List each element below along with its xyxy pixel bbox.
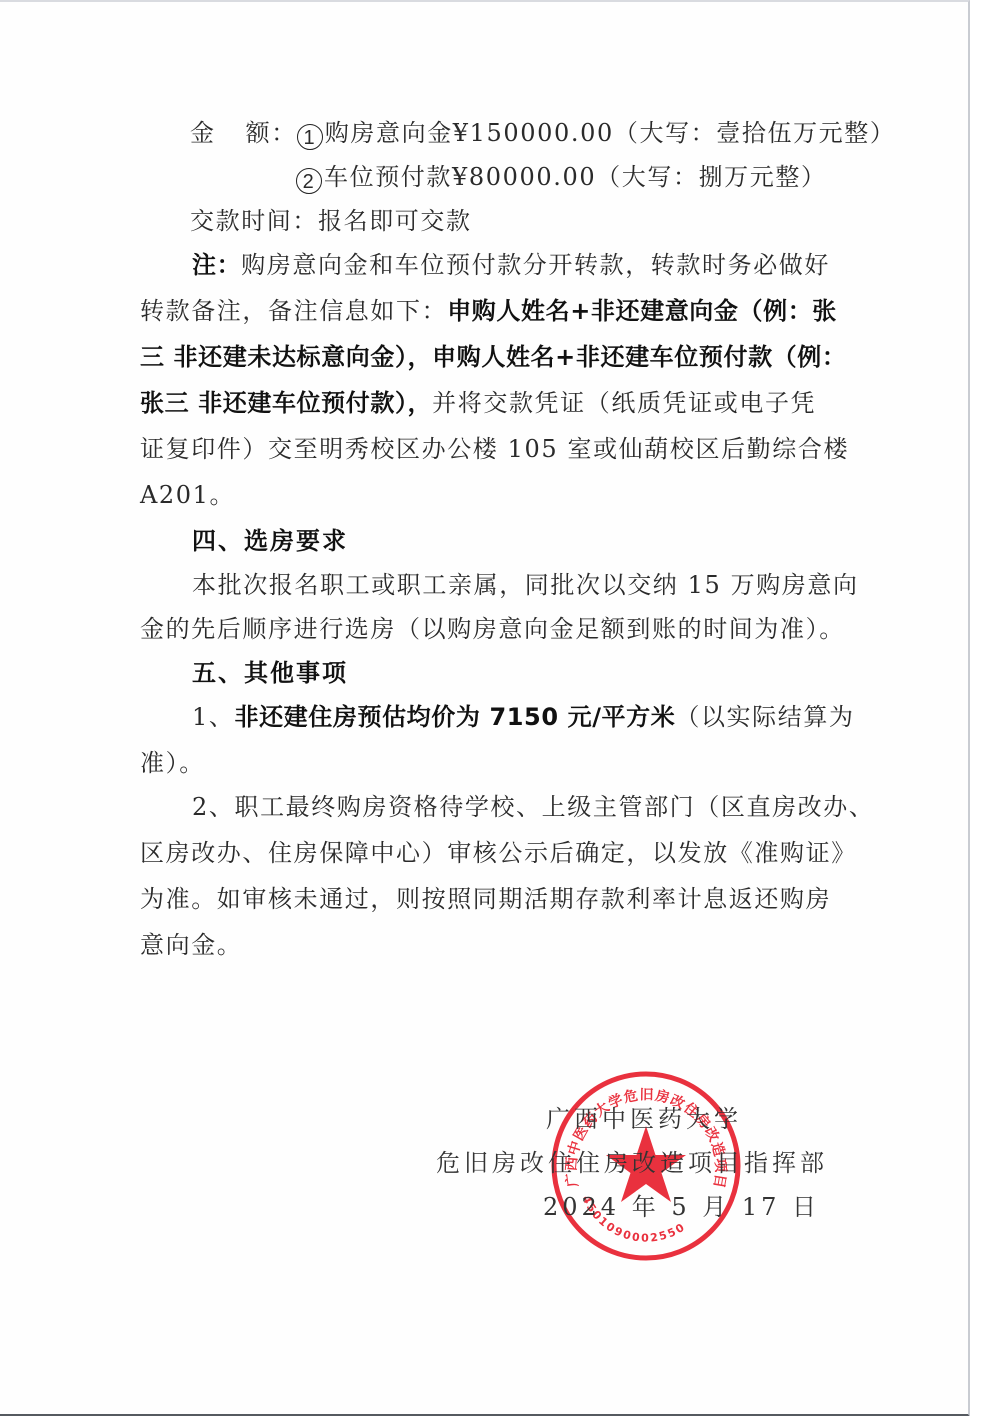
section-5-item-2-line-2: 区房改办、住房保障中心）审核公示后确定，以发放《准购证》 (140, 838, 870, 868)
payment-time: 交款时间：报名即可交款 (190, 206, 920, 236)
note-text: 并将交款凭证（纸质凭证或电子凭 (432, 389, 816, 417)
note-line-3: 三 非还建未达标意向金），申购人姓名+非还建车位预付款（例： (140, 342, 870, 372)
circled-number-2: 2 (296, 168, 322, 194)
section-4-line-2: 金的先后顺序进行选房（以购房意向金足额到账的时间为准）。 (140, 614, 870, 644)
amount-label-1: 金 (190, 119, 216, 147)
note-text: 购房意向金和车位预付款分开转款，转款时务必做好 (241, 251, 830, 279)
note-emphasis: 三 非还建未达标意向金），申购人姓名+非还建车位预付款（例： (140, 343, 846, 371)
amount-line-2: 2车位预付款¥80000.00（大写：捌万元整） (296, 162, 1000, 194)
amount-item-1: 购房意向金¥150000.00（大写：壹拾伍万元整） (325, 119, 896, 147)
note-emphasis: 申购人姓名+非还建意向金（例：张 (447, 297, 837, 325)
section-5-item-2-line-1: 2、职工最终购房资格待学校、上级主管部门（区直房改办、 (192, 792, 922, 822)
item-number: 1、 (192, 703, 234, 731)
price-emphasis: 非还建住房预估均价为 7150 元/平方米 (234, 703, 675, 731)
section-5-heading: 五、其他事项 (192, 658, 922, 688)
section-5-item-2-line-4: 意向金。 (140, 930, 870, 960)
note-emphasis: 张三 非还建车位预付款）， (140, 389, 432, 417)
signature-dept: 危旧房改住住房改造项目指挥部 (436, 1148, 828, 1178)
section-5-item-1-cont: 准）。 (140, 748, 870, 778)
note-label: 注： (192, 251, 241, 279)
section-5-item-1: 1、非还建住房预估均价为 7150 元/平方米（以实际结算为 (192, 702, 922, 732)
section-5-item-2-line-3: 为准。如审核未通过，则按照同期活期存款利率计息返还购房 (140, 884, 870, 914)
section-4-line-1: 本批次报名职工或职工亲属，同批次以交纳 15 万购房意向 (192, 570, 922, 600)
amount-label-2: 额： (246, 119, 297, 147)
note-line-1: 注：购房意向金和车位预付款分开转款，转款时务必做好 (192, 250, 922, 280)
note-line-2: 转款备注，备注信息如下：申购人姓名+非还建意向金（例：张 (140, 296, 870, 326)
section-4-heading: 四、选房要求 (192, 526, 922, 556)
amount-item-2: 车位预付款¥80000.00（大写：捌万元整） (324, 163, 827, 191)
note-text: 转款备注，备注信息如下： (140, 297, 447, 325)
signature-date: 2024 年 5 月 17 日 (543, 1192, 820, 1222)
signature-org: 广西中医药大学 (546, 1104, 742, 1134)
note-line-6: A201。 (140, 480, 870, 510)
note-line-4: 张三 非还建车位预付款），并将交款凭证（纸质凭证或电子凭 (140, 388, 870, 418)
circled-number-1: 1 (297, 124, 323, 150)
item-text: （以实际结算为 (675, 703, 854, 731)
document-page: 金额：1购房意向金¥150000.00（大写：壹拾伍万元整） 2车位预付款¥80… (0, 0, 970, 1416)
amount-line-1: 金额：1购房意向金¥150000.00（大写：壹拾伍万元整） (190, 118, 920, 150)
note-line-5: 证复印件）交至明秀校区办公楼 105 室或仙葫校区后勤综合楼 (140, 434, 870, 464)
